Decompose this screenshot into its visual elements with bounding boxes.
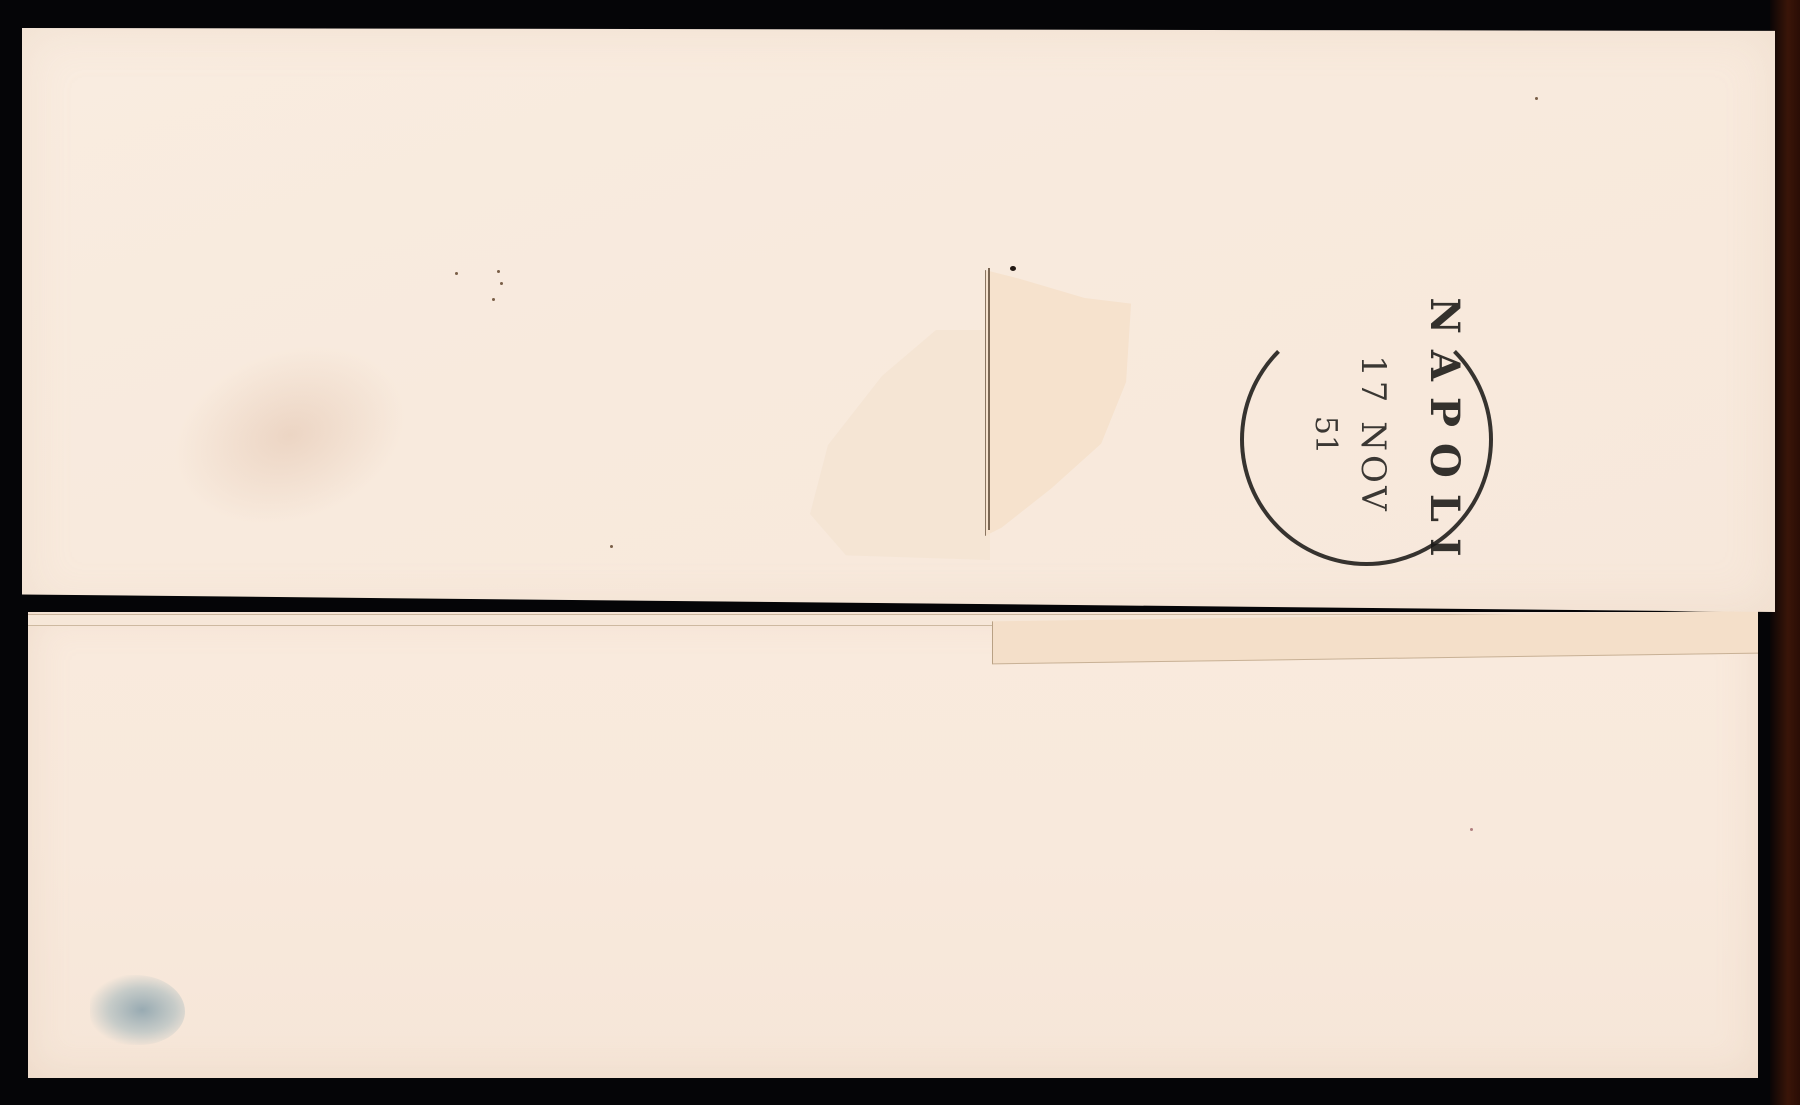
speck <box>455 272 458 275</box>
postmark-date: 17 NOV <box>1353 295 1393 575</box>
speck <box>1470 828 1473 831</box>
letter-scan: NAPOLI 17 NOV 51 <box>0 0 1800 1105</box>
letter-lower-panel <box>28 612 1758 1078</box>
speck <box>492 298 495 301</box>
speck <box>610 545 613 548</box>
speck <box>1535 97 1538 100</box>
speck <box>500 282 503 285</box>
seal-edge <box>988 268 990 530</box>
postmark-year: 51 <box>1308 295 1343 575</box>
blue-ink-mark <box>90 975 185 1045</box>
postmark: NAPOLI 17 NOV 51 <box>1243 295 1493 595</box>
ink-dot <box>1010 266 1016 271</box>
speck <box>497 270 500 273</box>
postmark-town: NAPOLI <box>1421 295 1468 575</box>
